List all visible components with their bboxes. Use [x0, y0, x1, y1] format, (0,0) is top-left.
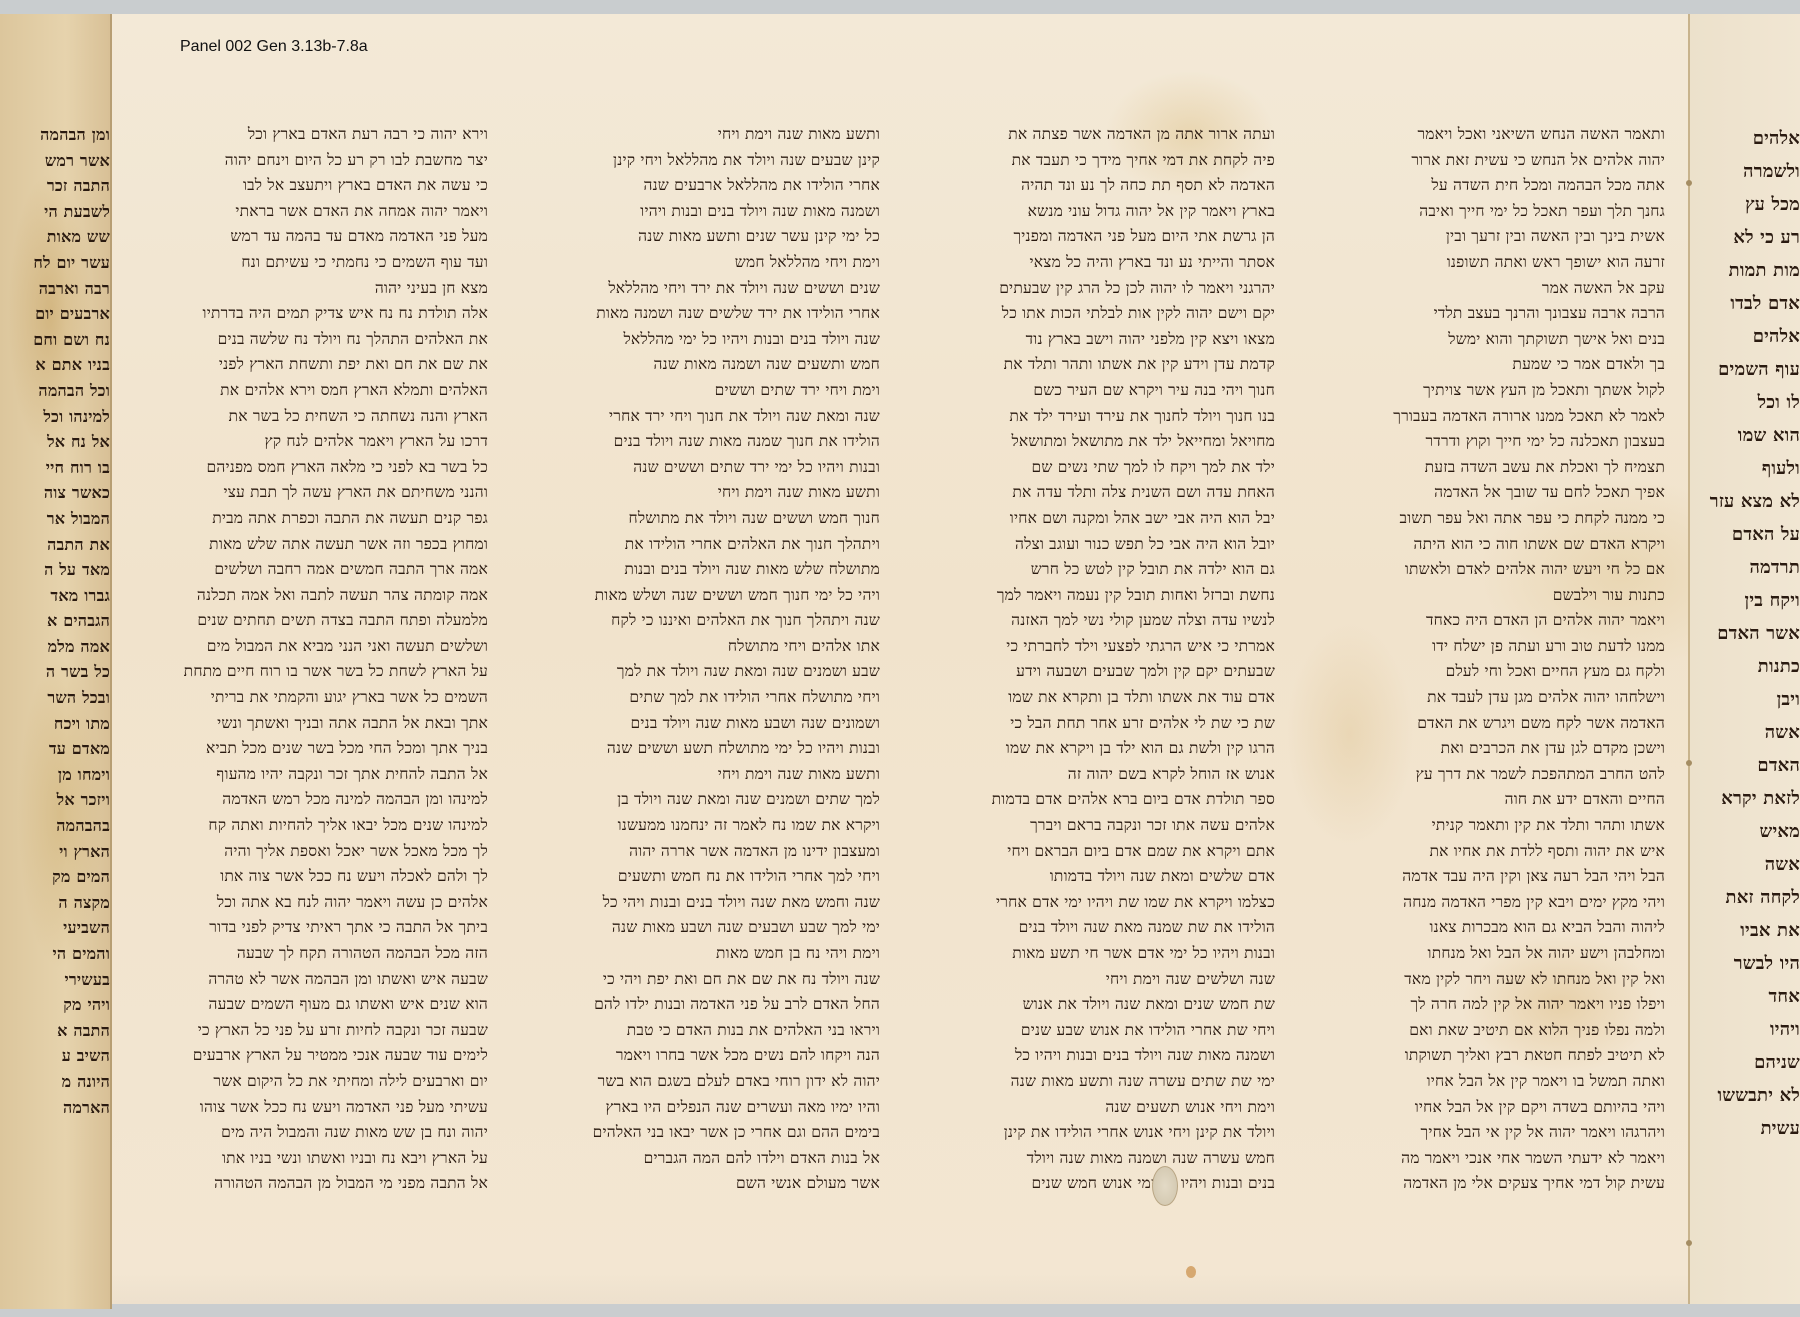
- text-line: ושמונים שנה ושבע מאות שנה ויולד בנים: [530, 711, 880, 737]
- text-line: וישלחהו יהוה אלהים מגן עדן לעבד את: [1315, 685, 1665, 711]
- text-line: האחת עדה ושם השנית צלה ותלד עדה את: [925, 480, 1275, 506]
- text-line: אשתו ותהר ותלד את קין ותאמר קניתי: [1315, 813, 1665, 839]
- text-line: חנוך חמש וששים שנה ויולד את מתושלח: [530, 506, 880, 532]
- text-line: אשה: [1700, 716, 1800, 749]
- stitch-mark: [1686, 1240, 1692, 1246]
- text-line: כתנות עור וילבשם: [1315, 583, 1665, 609]
- text-line: מקצה ה: [0, 890, 110, 916]
- text-line: עוף השמים: [1700, 353, 1800, 386]
- text-line: והיו ימיו מאה ועשרים שנה הנפלים היו בארץ: [530, 1095, 880, 1121]
- text-line: אסתר והייתי נע ונד בארץ והיה כל מצאי: [925, 250, 1275, 276]
- text-line: ובנות ויהיו כל ימי ירד שתים וששים שנה: [530, 455, 880, 481]
- text-line: כל בשר בא לפני כי מלאה הארץ חמס מפניהם: [138, 455, 488, 481]
- text-line: בהבהמה: [0, 813, 110, 839]
- parchment-stain: [1186, 1266, 1196, 1278]
- text-line: שת חמש שנים ומאת שנה ויולד את אנוש: [925, 992, 1275, 1018]
- text-line: את האלהים התהלך נח ויולד נח שלשה בנים: [138, 327, 488, 353]
- text-line: לו וכל: [1700, 386, 1800, 419]
- text-line: אל התבה מפני מי המבול מן הבהמה הטהורה: [138, 1171, 488, 1197]
- text-line: השביעי: [0, 915, 110, 941]
- text-line: לך מכל מאכל אשר יאכל ואספת אליך והיה: [138, 839, 488, 865]
- text-line: לאמר לא תאכל ממנו ארורה האדמה בעבורך: [1315, 404, 1665, 430]
- text-line: לזאת יקרא: [1700, 782, 1800, 815]
- text-line: מאיש: [1700, 815, 1800, 848]
- text-line: עשיתי מעל פני האדמה ויעש נח ככל אשר צוהו: [138, 1095, 488, 1121]
- text-line: אנוש אז הוחל לקרא בשם יהוה זה: [925, 762, 1275, 788]
- text-line: יהוה לא ידון רוחי באדם לעלם בשגם הוא בשר: [530, 1069, 880, 1095]
- text-line: וימת ויחי ירד שתים וששים: [530, 378, 880, 404]
- text-line: רבה וארבה: [0, 276, 110, 302]
- text-line: אלהים: [1700, 122, 1800, 155]
- text-line: כאשר צוה: [0, 480, 110, 506]
- text-line: גפר קנים תעשה את התבה וכפרת אתה מבית: [138, 506, 488, 532]
- text-line: שנה ומאת שנה ויולד את חנוך ויחי ירד אחרי: [530, 404, 880, 430]
- text-line: גברו מאד: [0, 583, 110, 609]
- text-line: יובל הוא היה אבי כל תפש כנור ועוגב וצלה: [925, 532, 1275, 558]
- text-line: ויחי מתושלח אחרי הולידו את למך שתים: [530, 685, 880, 711]
- text-line: מצאו ויצא קין מלפני יהוה וישב בארץ נוד: [925, 327, 1275, 353]
- text-line: האלהים ותמלא הארץ חמס וירא אלהים את: [138, 378, 488, 404]
- text-line: מכל עץ: [1700, 188, 1800, 221]
- text-line: ובכל השר: [0, 685, 110, 711]
- text-line: השיב ע: [0, 1043, 110, 1069]
- text-line: יהוה אלהים אל הנחש כי עשית זאת ארור: [1315, 148, 1665, 174]
- text-line: בניך אתך ומכל החי מכל בשר שנים מכל תביא: [138, 736, 488, 762]
- text-line: ותשע מאות שנה וימת ויחי: [530, 480, 880, 506]
- text-line: ויאמר לא ידעתי השמר אחי אנכי ויאמר מה: [1315, 1146, 1665, 1172]
- text-line: ותשע מאות שנה וימת ויחי: [530, 762, 880, 788]
- text-line: וימת ויהי נח בן חמש מאות: [530, 941, 880, 967]
- text-column-2: ותשע מאות שנה וימת ויחיקינן שבעים שנה וי…: [530, 122, 880, 1197]
- text-line: אתו אלהים ויחי מתושלח: [530, 634, 880, 660]
- text-line: ומחלבהן וישע יהוה אל הבל ואל מנחתו: [1315, 941, 1665, 967]
- text-line: אתם ויקרא את שמם אדם ביום הבראם ויחי: [925, 839, 1275, 865]
- text-line: מעל פני האדמה מאדם עד בהמה עד רמש: [138, 224, 488, 250]
- text-line: הבל ויהי הבל רעה צאן וקין היה עבד אדמה: [1315, 864, 1665, 890]
- text-line: בנו חנוך ויולד לחנוך את עירד ועירד ילד א…: [925, 404, 1275, 430]
- text-line: הוא שנים איש ואשתו גם מעוף השמים שבעה: [138, 992, 488, 1018]
- text-line: חמש ותשעים שנה ושמנה מאות שנה: [530, 352, 880, 378]
- text-line: ושמנה מאות שנה ויולד בנים ובנות ויהיו כל: [925, 1043, 1275, 1069]
- stitch-mark: [1686, 760, 1692, 766]
- text-line: ומחוץ בכפר וזה אשר תעשה אתה שלש מאות: [138, 532, 488, 558]
- text-line: הוא שמו: [1700, 419, 1800, 452]
- text-line: בימים ההם וגם אחרי כן אשר יבאו בני האלהי…: [530, 1120, 880, 1146]
- text-line: את אביו: [1700, 914, 1800, 947]
- text-line: ומעצבון ידינו מן האדמה אשר אררה יהוה: [530, 839, 880, 865]
- text-line: מחויאל ומחייאל ילד את מתושאל ומתושאל: [925, 429, 1275, 455]
- text-line: ליהוה והבל הביא גם הוא מבכרות צאנו: [1315, 915, 1665, 941]
- text-line: ויפלו פניו ויאמר יהוה אל קין למה חרה לך: [1315, 992, 1665, 1018]
- text-line: הנה ויקחו להם נשים מכל אשר בחרו ויאמר: [530, 1043, 880, 1069]
- text-line: שנה ויתהלך חנוך את האלהים ואיננו כי לקח: [530, 608, 880, 634]
- text-line: למינהו שנים מכל יבאו אליך להחיות ואתה קח: [138, 813, 488, 839]
- text-line: הן גרשת אתי היום מעל פני האדמה ומפניך: [925, 224, 1275, 250]
- text-line: הגבהים א: [0, 608, 110, 634]
- text-line: ימי למך שבע ושבעים שנה ושבע מאות שנה: [530, 915, 880, 941]
- text-line: ויהי מק: [0, 992, 110, 1018]
- text-line: ויהי כל ימי חנוך חמש וששים שנה ושלש מאות: [530, 583, 880, 609]
- text-line: אלה תולדת נח נח איש צדיק תמים היה בדרתיו: [138, 301, 488, 327]
- text-line: התבה זכר: [0, 173, 110, 199]
- text-line: המבול אר: [0, 506, 110, 532]
- text-line: פיה לקחת את דמי אחיך מידך כי תעבד את: [925, 148, 1275, 174]
- text-line: ועתה ארור אתה מן האדמה אשר פצתה את: [925, 122, 1275, 148]
- text-line: שנה ושלשים שנה וימת ויחי: [925, 967, 1275, 993]
- text-line: על הארץ ויבא נח ובניו ואשתו ונשי בניו את…: [138, 1146, 488, 1172]
- text-line: ויקרא את שמו נח לאמר זה ינחמנו ממעשנו: [530, 813, 880, 839]
- text-line: ימי שת שתים עשרה שנה ותשע מאות שנה: [925, 1069, 1275, 1095]
- text-line: בנים ובנות ויהיו כל ימי אנוש חמש שנים: [925, 1171, 1275, 1197]
- text-column-edge-right: אלהיםולשמרהמכל עץרע כי לאמות תמותאדם לבד…: [1700, 122, 1800, 1145]
- text-line: ספר תולדת אדם ביום ברא אלהים אדם בדמות: [925, 787, 1275, 813]
- text-line: אמה ארך התבה חמשים אמה רחבה ושלשים: [138, 557, 488, 583]
- text-line: מאד על ה: [0, 557, 110, 583]
- text-line: שנה וחמש מאת שנה ויולד בנים ובנות ויהי כ…: [530, 890, 880, 916]
- text-line: שנה ויולד נח את שם את חם ואת יפת ויהי כי: [530, 967, 880, 993]
- text-line: ילד את למך ויקח לו למך שתי נשים שם: [925, 455, 1275, 481]
- text-line: ובנות ויהיו כל ימי אדם אשר חי תשע מאות: [925, 941, 1275, 967]
- text-line: הולידו את חנוך שמנה מאות שנה ויולד בנים: [530, 429, 880, 455]
- text-line: אלהים כן עשה ויאמר יהוה לנח בא אתה וכל: [138, 890, 488, 916]
- text-line: היו לבשר: [1700, 947, 1800, 980]
- text-line: אחד: [1700, 980, 1800, 1013]
- text-line: ועד עוף השמים כי נחמתי כי עשיתם ונח: [138, 250, 488, 276]
- text-line: האדם: [1700, 749, 1800, 782]
- text-line: גם הוא ילדה את תובל קין לטש כל חרש: [925, 557, 1275, 583]
- text-line: אם כל חי ויעש יהוה אלהים לאדם ולאשתו: [1315, 557, 1665, 583]
- text-line: ומן הבהמה: [0, 122, 110, 148]
- text-line: ארבעים יום: [0, 301, 110, 327]
- text-line: כי ממנה לקחת כי עפר אתה ואל עפר תשוב: [1315, 506, 1665, 532]
- text-line: ויתהלך חנוך את האלהים אחרי הולידו את: [530, 532, 880, 558]
- text-line: והמים הי: [0, 941, 110, 967]
- text-line: דרכו על הארץ ויאמר אלהים לנח קץ: [138, 429, 488, 455]
- text-line: ויבן: [1700, 683, 1800, 716]
- text-line: הארמה: [0, 1095, 110, 1121]
- text-line: אשר מעולם אנשי השם: [530, 1171, 880, 1197]
- text-column-3: ועתה ארור אתה מן האדמה אשר פצתה אתפיה לק…: [925, 122, 1275, 1197]
- text-line: בנים ואל אישך תשוקתך והוא ימשל: [1315, 327, 1665, 353]
- text-line: על האדם: [1700, 518, 1800, 551]
- text-line: אחרי הולידו את ירד שלשים שנה ושמנה מאות: [530, 301, 880, 327]
- text-line: ושמנה מאות שנה ויולד בנים ובנות ויהיו: [530, 199, 880, 225]
- text-line: לשבעת הי: [0, 199, 110, 225]
- text-line: להט החרב המתהפכת לשמר את דרך עץ: [1315, 762, 1665, 788]
- text-line: שבעתים יקם קין ולמך שבעים ושבעה וידע: [925, 659, 1275, 685]
- text-line: קינן שבעים שנה ויולד את מהללאל ויחי קינן: [530, 148, 880, 174]
- text-line: אשר האדם: [1700, 617, 1800, 650]
- text-line: על הארץ לשחת כל בשר אשר בו רוח חיים מתחת: [138, 659, 488, 685]
- text-line: הרגו קין ולשת גם הוא ילד בן ויקרא את שמו: [925, 736, 1275, 762]
- text-line: לא יתבששו: [1700, 1079, 1800, 1112]
- text-line: הארץ וי: [0, 839, 110, 865]
- text-line: ביתך אל התבה כי אתך ראיתי צדיק לפני בדור: [138, 915, 488, 941]
- text-line: עשית: [1700, 1112, 1800, 1145]
- text-line: עשית קול דמי אחיך צעקים אלי מן האדמה: [1315, 1171, 1665, 1197]
- text-line: אל נח אל: [0, 429, 110, 455]
- text-line: מתו ויכח: [0, 711, 110, 737]
- panel-caption: Panel 002 Gen 3.13b-7.8a: [180, 38, 368, 56]
- text-line: אמה מלמ: [0, 634, 110, 660]
- text-line: אדם לבדו: [1700, 287, 1800, 320]
- text-line: בו רוח חיי: [0, 455, 110, 481]
- text-line: אתך ובאת אל התבה אתה ובניך ואשתך ונשי: [138, 711, 488, 737]
- text-line: ולעוף: [1700, 452, 1800, 485]
- text-line: האדמה אשר לקח משם ויגרש את האדם: [1315, 711, 1665, 737]
- text-line: אשית בינך ובין האשה ובין זרעך ובין: [1315, 224, 1665, 250]
- text-line: שבע ושמנים שנה ומאת שנה ויולד את למך: [530, 659, 880, 685]
- text-line: כי עשה את האדם בארץ ויתעצב אל לבו: [138, 173, 488, 199]
- text-line: ולשמרה: [1700, 155, 1800, 188]
- text-line: שנים וששים שנה ויולד את ירד ויחי מהללאל: [530, 276, 880, 302]
- text-line: הארץ והנה נשחתה כי השחית כל בשר את: [138, 404, 488, 430]
- text-line: יהוה ונח בן שש מאות שנה והמבול היה מים: [138, 1120, 488, 1146]
- text-line: החל האדם לרב על פני האדמה ובנות ילדו להם: [530, 992, 880, 1018]
- text-line: אמרתי כי איש הרגתי לפצעי וילד לחברתי כי: [925, 634, 1275, 660]
- text-line: ותאמר האשה הנחש השיאני ואכל ויאמר: [1315, 122, 1665, 148]
- text-line: שש מאות: [0, 224, 110, 250]
- text-line: הולידו את שת שמנה מאת שנה ויולד בנים: [925, 915, 1275, 941]
- text-line: הרבה ארבה עצבונך והרנך בעצב תלדי: [1315, 301, 1665, 327]
- text-line: ואל קין ואל מנחתו לא שעה ויחר לקין מאד: [1315, 967, 1665, 993]
- text-line: ויקח בין: [1700, 584, 1800, 617]
- stitch-mark: [1686, 180, 1692, 186]
- text-line: וכל הבהמה: [0, 378, 110, 404]
- text-line: מצא חן בעיני יהוה: [138, 276, 488, 302]
- text-line: את התבה: [0, 532, 110, 558]
- text-line: לא מצא עזר: [1700, 485, 1800, 518]
- text-line: אחרי הולידו את מהללאל ארבעים שנה: [530, 173, 880, 199]
- text-line: למך שתים ושמנים שנה ומאת שנה ויולד בן: [530, 787, 880, 813]
- text-line: לנשיו עדה וצלה שמען קולי נשי למך האזנה: [925, 608, 1275, 634]
- text-line: השמים כל אשר בארץ יגוע והקמתי את בריתי: [138, 685, 488, 711]
- text-line: האדמה לא תסף תת כחה לך נע ונד תהיה: [925, 173, 1275, 199]
- text-line: בניו אתם א: [0, 352, 110, 378]
- text-line: וימת ויחי אנוש תשעים שנה: [925, 1095, 1275, 1121]
- text-line: קדמת עדן וידע קין את אשתו ותהר ותלד את: [925, 352, 1275, 378]
- text-line: את שם את חם ואת יפת ותשחת הארץ לפני: [138, 352, 488, 378]
- text-line: שנה ויולד בנים ובנות ויהיו כל ימי מהללאל: [530, 327, 880, 353]
- text-line: ויהי בהיותם בשדה ויקם קין אל הבל אחיו: [1315, 1095, 1665, 1121]
- text-line: אדם שלשים ומאת שנה ויולד בדמותו: [925, 864, 1275, 890]
- text-line: לימים עוד שבעה אנכי ממטיר על הארץ ארבעים: [138, 1043, 488, 1069]
- text-line: וימחו מן: [0, 762, 110, 788]
- text-line: לך ולהם לאכלה ויעש נח ככל אשר צוה אתו: [138, 864, 488, 890]
- text-line: ובנות ויהיו כל ימי מתושלח תשע וששים שנה: [530, 736, 880, 762]
- text-line: יום וארבעים לילה ומחיתי את כל היקום אשר: [138, 1069, 488, 1095]
- text-line: אלהים עשה אתו זכר ונקבה בראם ויברך: [925, 813, 1275, 839]
- text-line: וימת ויחי מהללאל חמש: [530, 250, 880, 276]
- text-line: אמה קומתה צהר תעשה לתבה ואל אמה תכלנה: [138, 583, 488, 609]
- text-line: עקב אל האשה אמר: [1315, 276, 1665, 302]
- text-line: וישכן מקדם לגן עדן את הכרבים ואת: [1315, 736, 1665, 762]
- text-column-1: וירא יהוה כי רבה רעת האדם בארץ וכליצר מח…: [138, 122, 488, 1197]
- text-line: היונה מ: [0, 1069, 110, 1095]
- text-line: לקול אשתך ותאכל מן העץ אשר צויתיך: [1315, 378, 1665, 404]
- text-line: אתה מכל הבהמה ומכל חית השדה על: [1315, 173, 1665, 199]
- text-line: ותשע מאות שנה וימת ויחי: [530, 122, 880, 148]
- text-line: כתנות: [1700, 650, 1800, 683]
- text-line: ויולד את קינן ויחי אנוש אחרי הולידו את ק…: [925, 1120, 1275, 1146]
- text-line: כל בשר ה: [0, 659, 110, 685]
- text-line: שבעה איש ואשתו ומן הבהמה אשר לא טהרה: [138, 967, 488, 993]
- text-line: למינהו ומן הבהמה למינה מכל רמש האדמה: [138, 787, 488, 813]
- text-line: למינהו וכל: [0, 404, 110, 430]
- text-line: בעצבון תאכלנה כל ימי חייך וקוץ ודרדר: [1315, 429, 1665, 455]
- text-line: לא תיטיב לפתח חטאת רבץ ואליך תשוקתו: [1315, 1043, 1665, 1069]
- text-line: שניהם: [1700, 1046, 1800, 1079]
- text-line: הזה מכל הבהמה הטהורה תקח לך שבעה: [138, 941, 488, 967]
- text-line: בך ולאדם אמר כי שמעת: [1315, 352, 1665, 378]
- text-line: מתושלח שלש מאות שנה ויולד בנים ובנות: [530, 557, 880, 583]
- text-line: נחשת וברזל ואחות תובל קין נעמה ויאמר למך: [925, 583, 1275, 609]
- text-line: ויהרגהו ויאמר יהוה אל קין אי הבל אחיך: [1315, 1120, 1665, 1146]
- text-line: ולמה נפלו פניך הלוא אם תיטיב שאת ואם: [1315, 1018, 1665, 1044]
- text-line: בארץ ויאמר קין אל יהוה גדול עוני מנשא: [925, 199, 1275, 225]
- text-line: המים מק: [0, 864, 110, 890]
- text-line: עשר יום לח: [0, 250, 110, 276]
- text-line: אפיך תאכל לחם עד שובך אל האדמה: [1315, 480, 1665, 506]
- text-line: כצלמו ויקרא את שמו שת ויהיו ימי אדם אחרי: [925, 890, 1275, 916]
- text-line: שבעה זכר ונקבה לחיות זרע על פני כל הארץ …: [138, 1018, 488, 1044]
- text-line: ויחי למך אחרי הולידו את נח חמש ותשעים: [530, 864, 880, 890]
- text-line: רע כי לא: [1700, 221, 1800, 254]
- text-line: תצמיח לך ואכלת את עשב השדה בזעת: [1315, 455, 1665, 481]
- text-line: אל בנות האדם וילדו להם המה הגברים: [530, 1146, 880, 1172]
- text-line: אשה: [1700, 848, 1800, 881]
- text-line: יצר מחשבת לבו רק רע כל היום וינחם יהוה: [138, 148, 488, 174]
- text-line: יבל הוא היה אבי ישב אהל ומקנה ושם אחיו: [925, 506, 1275, 532]
- text-line: ויזכר אל: [0, 787, 110, 813]
- text-line: ויקרא האדם שם אשתו חוה כי הוא היתה: [1315, 532, 1665, 558]
- text-line: ושלשים תעשה ואני הנני מביא את המבול מים: [138, 634, 488, 660]
- text-line: אל התבה להחית אתך זכר ונקבה יהיו מהעוף: [138, 762, 488, 788]
- text-line: החיים והאדם ידע את חוה: [1315, 787, 1665, 813]
- text-line: ויחי שת אחרי הולידו את אנוש שבע שנים: [925, 1018, 1275, 1044]
- text-line: זרעה הוא ישופך ראש ואתה תשופנו: [1315, 250, 1665, 276]
- text-line: ויאמר יהוה אמחה את האדם אשר בראתי: [138, 199, 488, 225]
- text-line: ויהיו: [1700, 1013, 1800, 1046]
- text-line: אשר רמש: [0, 148, 110, 174]
- text-line: יהרגני ויאמר לו יהוה לכן כל הרג קין שבעת…: [925, 276, 1275, 302]
- text-line: והנני משחיתם את הארץ עשה לך תבת עצי: [138, 480, 488, 506]
- text-line: התבה א: [0, 1018, 110, 1044]
- text-line: אדם עוד את אשתו ותלד בן ותקרא את שמו: [925, 685, 1275, 711]
- text-line: ויראו בני האלהים את בנות האדם כי טבת: [530, 1018, 880, 1044]
- text-line: מלמעלה ופתח התבה בצדה תשים תחתים שנים: [138, 608, 488, 634]
- text-line: גחנך תלך ועפר תאכל כל ימי חייך ואיבה: [1315, 199, 1665, 225]
- text-line: ואתה תמשל בו ויאמר קין אל הבל אחיו: [1315, 1069, 1665, 1095]
- text-line: בעשירי: [0, 967, 110, 993]
- text-column-4: ותאמר האשה הנחש השיאני ואכל ויאמריהוה אל…: [1315, 122, 1665, 1197]
- text-line: אלהים: [1700, 320, 1800, 353]
- text-line: חנוך ויהי בנה עיר ויקרא שם העיר כשם: [925, 378, 1275, 404]
- text-line: תרדמה: [1700, 551, 1800, 584]
- text-line: מאדם עד: [0, 736, 110, 762]
- text-line: איש את יהוה ותסף ללדת את אחיו את: [1315, 839, 1665, 865]
- text-line: כל ימי קינן עשר שנים ותשע מאות שנה: [530, 224, 880, 250]
- text-line: חמש עשרה שנה ושמנה מאות שנה ויולד: [925, 1146, 1275, 1172]
- text-line: ולקח גם מעץ החיים ואכל וחי לעלם: [1315, 659, 1665, 685]
- text-line: שת כי שת לי אלהים זרע אחר תחת הבל כי: [925, 711, 1275, 737]
- text-line: ממנו לדעת טוב ורע ועתה פן ישלח ידו: [1315, 634, 1665, 660]
- text-line: ויאמר יהוה אלהים הן האדם היה כאחד: [1315, 608, 1665, 634]
- text-line: נח ושם וחם: [0, 327, 110, 353]
- text-line: מות תמות: [1700, 254, 1800, 287]
- text-line: ויהי מקץ ימים ויבא קין מפרי האדמה מנחה: [1315, 890, 1665, 916]
- text-line: וירא יהוה כי רבה רעת האדם בארץ וכל: [138, 122, 488, 148]
- parchment-hole: [1152, 1166, 1178, 1206]
- text-column-edge-left: ומן הבהמהאשר רמשהתבה זכרלשבעת הישש מאותע…: [0, 122, 110, 1120]
- text-line: לקחה זאת: [1700, 881, 1800, 914]
- text-line: יקם וישם יהוה לקין אות לבלתי הכות אתו כל: [925, 301, 1275, 327]
